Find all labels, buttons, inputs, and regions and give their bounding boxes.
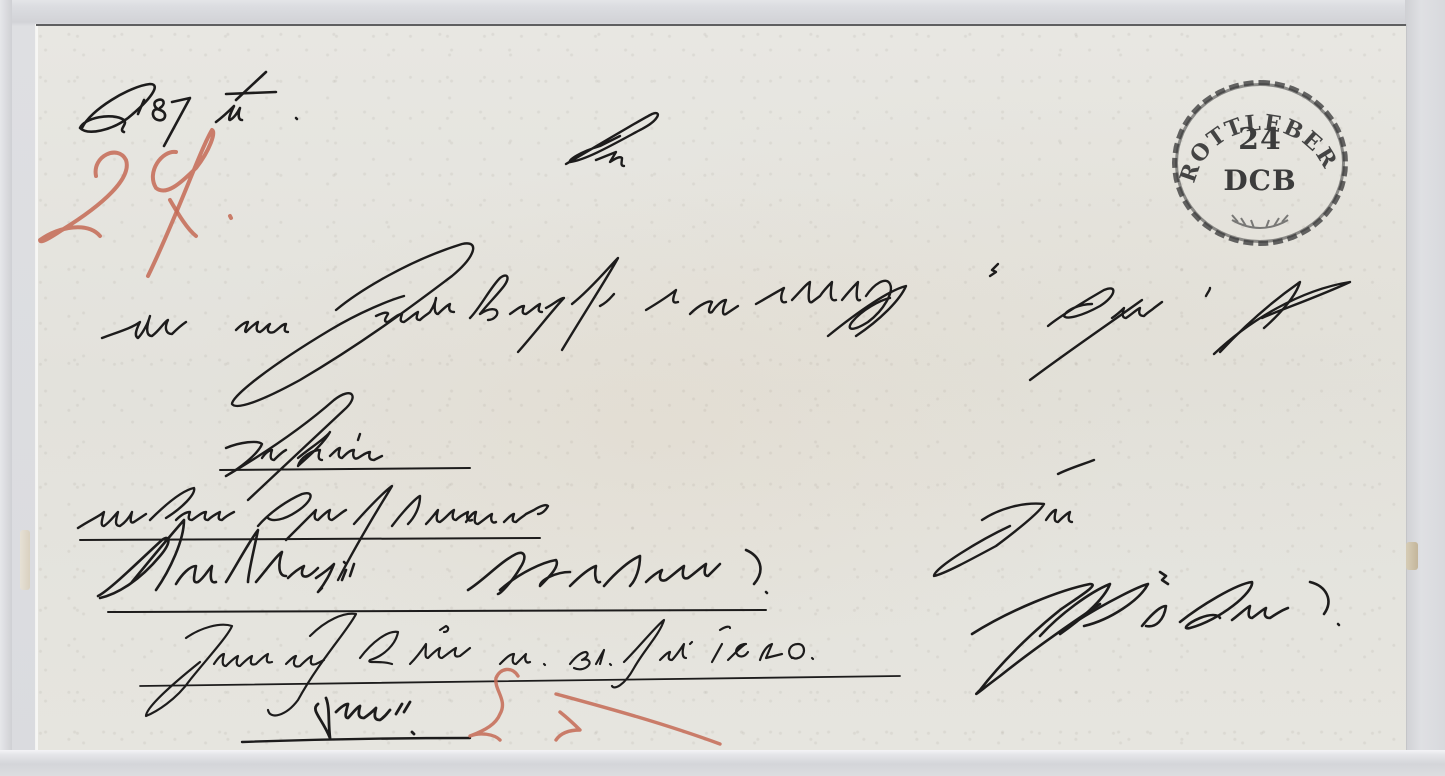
franking-note-ink	[242, 698, 470, 742]
salutation-ink	[566, 113, 658, 166]
destination-ink	[972, 572, 1339, 694]
handwriting-layer	[0, 0, 1445, 776]
care-of-line-1-ink	[220, 393, 470, 500]
docket-number-ink	[80, 72, 297, 146]
care-of-line-3-ink	[98, 520, 767, 612]
care-of-line-2-ink	[78, 486, 548, 580]
red-rate-marking	[40, 130, 231, 276]
preposition-zu-ink	[934, 460, 1094, 576]
addressee-line-ink	[102, 243, 1350, 406]
enclosure-note-ink	[140, 614, 900, 716]
